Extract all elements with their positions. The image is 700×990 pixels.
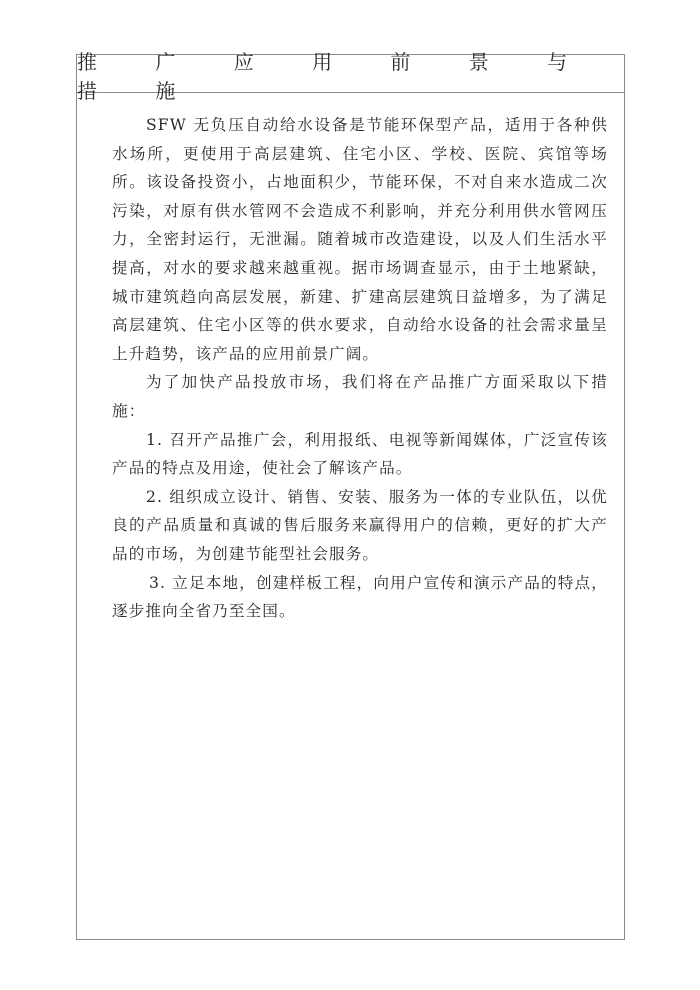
measures-lead-paragraph: 为了加快产品投放市场，我们将在产品推广方面采取以下措施： xyxy=(112,368,608,425)
measure-item-3: 3. 立足本地，创建样板工程，向用户宣传和演示产品的特点，逐步推向全省乃至全国。 xyxy=(112,569,608,626)
document-frame: 推 广 应 用 前 景 与 措 施 SFW 无负压自动给水设备是节能环保型产品，… xyxy=(76,54,625,940)
document-body: SFW 无负压自动给水设备是节能环保型产品，适用于各种供水场所，更使用于高层建筑… xyxy=(112,111,608,626)
title-row: 推 广 应 用 前 景 与 措 施 xyxy=(77,55,624,93)
page-title: 推 广 应 用 前 景 与 措 施 xyxy=(77,46,650,104)
measure-item-2: 2. 组织成立设计、销售、安装、服务为一体的专业队伍，以优良的产品质量和真诚的售… xyxy=(112,483,608,569)
intro-paragraph: SFW 无负压自动给水设备是节能环保型产品，适用于各种供水场所，更使用于高层建筑… xyxy=(112,111,608,368)
measure-item-1: 1. 召开产品推广会，利用报纸、电视等新闻媒体，广泛宣传该产品的特点及用途，使社… xyxy=(112,426,608,483)
